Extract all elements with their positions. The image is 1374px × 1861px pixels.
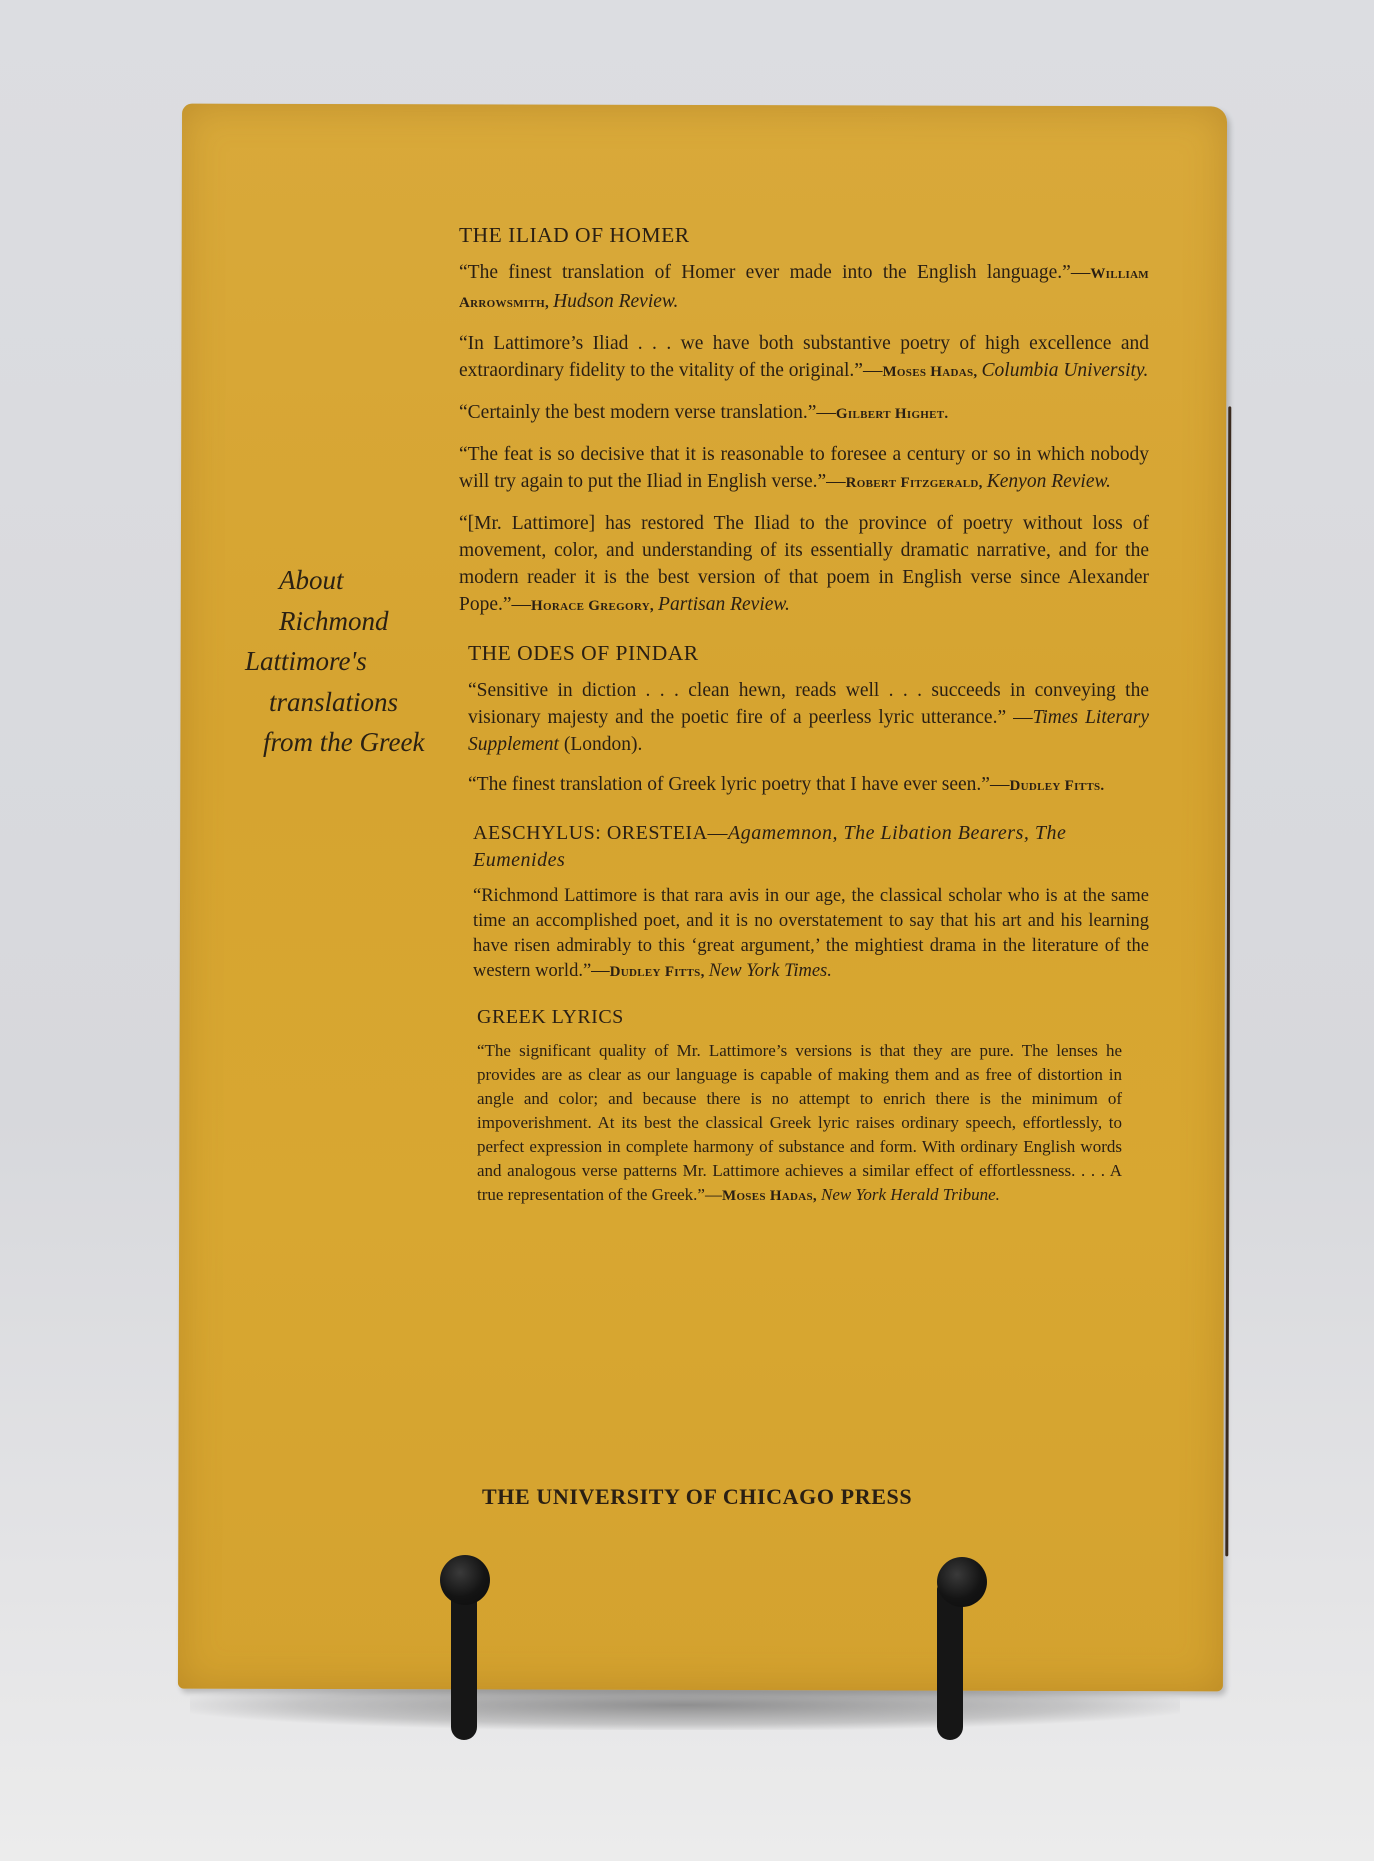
quote-author: Horace Gregory, bbox=[531, 598, 658, 614]
quote-author: Robert Fitzgerald, bbox=[846, 475, 987, 491]
quote-author: Dudley Fitts, bbox=[610, 964, 709, 980]
section-oresteia: AESCHYLUS: ORESTEIA—Agamemnon, The Libat… bbox=[473, 820, 1149, 985]
quote-source: Partisan Review. bbox=[658, 594, 790, 615]
quote-list: “The finest translation of Homer ever ma… bbox=[459, 259, 1149, 620]
quote-list: “Sensitive in diction . . . clean hewn, … bbox=[468, 677, 1149, 800]
sidebar-line: About bbox=[245, 560, 445, 601]
sidebar-tagline: About Richmond Lattimore's translations … bbox=[245, 560, 445, 763]
section-title: GREEK LYRICS bbox=[477, 1005, 1122, 1029]
quote: “Certainly the best modern verse transla… bbox=[459, 399, 1149, 428]
sidebar-line: from the Greek bbox=[245, 722, 445, 763]
quote: “In Lattimore’s Iliad . . . we have both… bbox=[459, 330, 1149, 386]
quote-list: “Richmond Lattimore is that rara avis in… bbox=[473, 884, 1149, 985]
quote-author: Moses Hadas, bbox=[882, 364, 981, 380]
section-title: AESCHYLUS: ORESTEIA—Agamemnon, The Libat… bbox=[473, 820, 1149, 874]
quote-source: New York Herald Tribune. bbox=[821, 1185, 1000, 1204]
quote: “The significant quality of Mr. Lattimor… bbox=[477, 1039, 1122, 1208]
section-title: THE ODES OF PINDAR bbox=[468, 640, 1149, 667]
blurb-column: THE ILIAD OF HOMER “The finest translati… bbox=[459, 222, 1149, 1228]
quote: “The finest translation of Homer ever ma… bbox=[459, 259, 1149, 317]
quote-source: Columbia University. bbox=[982, 360, 1149, 381]
quote-source: Hudson Review. bbox=[553, 291, 678, 312]
quote-source: Kenyon Review. bbox=[987, 471, 1111, 492]
section-title: THE ILIAD OF HOMER bbox=[459, 222, 1149, 249]
quote-author: Dudley Fitts. bbox=[1009, 778, 1104, 794]
stand-left-post bbox=[451, 1585, 477, 1740]
section-pindar: THE ODES OF PINDAR “Sensitive in diction… bbox=[468, 640, 1149, 800]
stand-right-post bbox=[937, 1585, 963, 1740]
quote: “The feat is so decisive that it is reas… bbox=[459, 441, 1149, 497]
stand-left-knob bbox=[440, 1555, 490, 1605]
sidebar-line: Richmond bbox=[245, 601, 445, 642]
quote-list: “The significant quality of Mr. Lattimor… bbox=[477, 1039, 1122, 1208]
section-iliad: THE ILIAD OF HOMER “The finest translati… bbox=[459, 222, 1149, 620]
quote-source: New York Times. bbox=[709, 961, 832, 981]
sidebar-line: translations bbox=[245, 682, 445, 723]
quote: “The finest translation of Greek lyric p… bbox=[468, 771, 1149, 800]
quote-author: Gilbert Highet. bbox=[836, 406, 949, 422]
quote-author: Moses Hadas, bbox=[722, 1188, 821, 1204]
section-greek-lyrics: GREEK LYRICS “The significant quality of… bbox=[477, 1005, 1122, 1208]
quote: “[Mr. Lattimore] has restored The Iliad … bbox=[459, 510, 1149, 620]
publisher-imprint: THE UNIVERSITY OF CHICAGO PRESS bbox=[482, 1484, 912, 1510]
quote: “Richmond Lattimore is that rara avis in… bbox=[473, 884, 1149, 985]
section-title-main: AESCHYLUS: ORESTEIA— bbox=[473, 822, 728, 844]
stand-right-knob bbox=[937, 1557, 987, 1607]
sidebar-line: Lattimore's bbox=[245, 641, 445, 682]
quote: “Sensitive in diction . . . clean hewn, … bbox=[468, 677, 1149, 758]
